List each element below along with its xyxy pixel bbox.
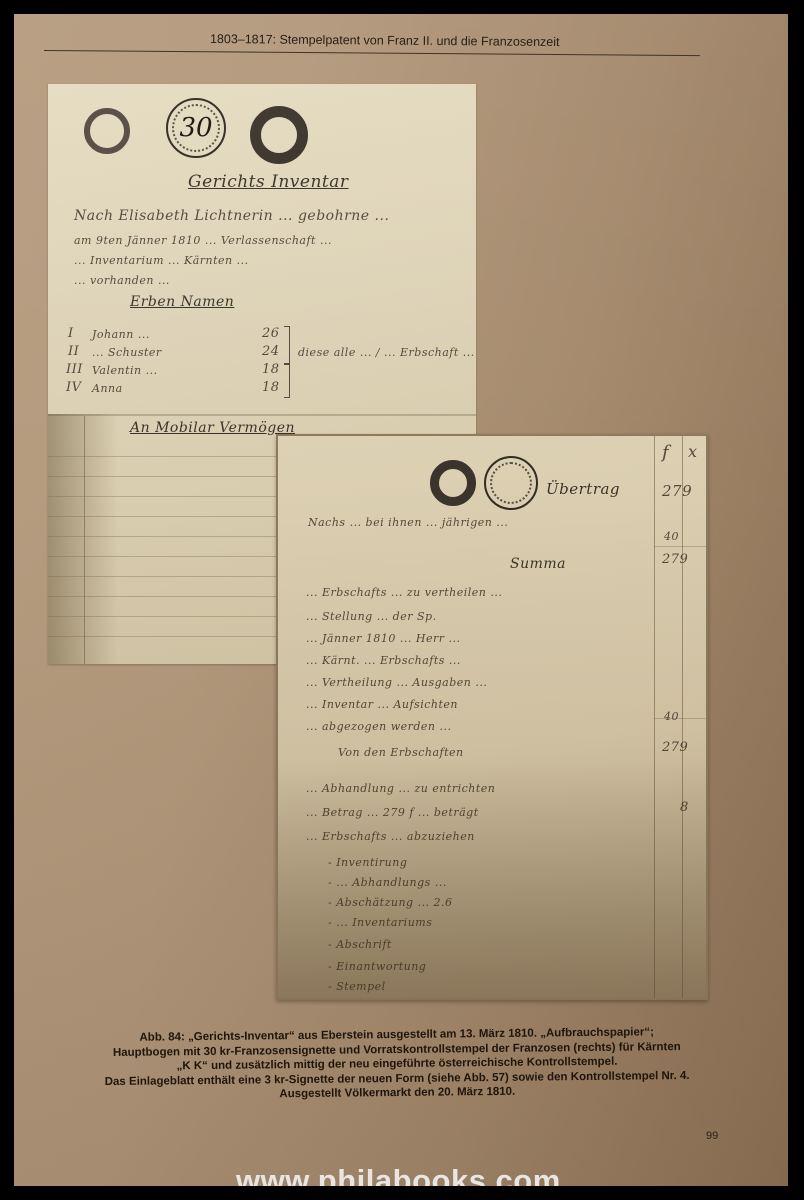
watermark-text: www.philabooks.com [236, 1163, 561, 1186]
insert-document-photo: f x Übertrag 279 Nachs ... bei ihnen ...… [276, 434, 708, 1000]
heirs-note: diese alle ... / ... Erbschaft ... [298, 346, 475, 359]
heirs-heading: Erben Namen [130, 294, 234, 310]
margin-line [84, 416, 85, 664]
heir-name: ... Schuster [92, 346, 162, 359]
text-line: ... abgezogen werden ... [306, 720, 452, 733]
text-line: ... Vertheilung ... Ausgaben ... [306, 676, 487, 689]
figure-caption: Abb. 84: „Gerichts-Inventar“ aus Eberste… [54, 1024, 741, 1104]
page-number: 99 [706, 1130, 718, 1142]
intro-line: Nach Elisabeth Lichtnerin ... gebohrne .… [74, 208, 389, 224]
intro-line: ... Inventarium ... Kärnten ... [74, 254, 249, 267]
header-rule [44, 50, 700, 56]
text-line: ... Inventar ... Aufsichten [306, 698, 458, 711]
heirs-bracket [284, 364, 290, 398]
text-line: Nachs ... bei ihnen ... jährigen ... [308, 516, 508, 529]
heir-numeral: II [68, 344, 79, 359]
section-heading: Von den Erbschaften [338, 746, 464, 759]
heir-numeral: I [68, 326, 74, 341]
text-line: ... Stellung ... der Sp. [306, 610, 437, 623]
running-head: 1803–1817: Stempelpatent von Franz II. u… [210, 32, 560, 49]
amount: 279 [662, 482, 692, 500]
signet-value: 30 [179, 113, 212, 143]
signet-30kr-stamp-icon: 30 [166, 98, 226, 158]
heir-name: Anna [92, 382, 123, 395]
bottom-border [0, 1186, 804, 1200]
amount: 40 [664, 710, 679, 723]
text-line: - Einantwortung [328, 960, 426, 973]
amount: 279 [662, 740, 688, 755]
column-header: x [688, 442, 698, 461]
intro-line: ... vorhanden ... [74, 274, 170, 287]
text-line: ... Erbschafts ... zu vertheilen ... [306, 586, 502, 599]
heir-numeral: III [66, 362, 83, 377]
text-line: - Stempel [328, 980, 386, 993]
heir-name: Valentin ... [92, 364, 158, 377]
book-page: 1803–1817: Stempelpatent von Franz II. u… [14, 14, 788, 1186]
text-line: ... Erbschafts ... abzuziehen [306, 830, 475, 843]
heir-age: 18 [262, 362, 280, 377]
heir-age: 26 [262, 326, 280, 341]
carry-heading: Übertrag [546, 480, 620, 498]
document-title: Gerichts Inventar [188, 172, 349, 192]
amount: 279 [662, 552, 688, 567]
summa-heading: Summa [510, 556, 566, 572]
text-line: - ... Inventariums [328, 916, 432, 929]
amount: 8 [680, 800, 689, 815]
intro-line: am 9ten Jänner 1810 ... Verlassenschaft … [74, 234, 332, 247]
heir-age: 24 [262, 344, 280, 359]
text-line: - ... Abhandlungs ... [328, 876, 447, 889]
text-line: ... Betrag ... 279 f ... beträgt [306, 806, 479, 819]
heirs-bracket [284, 326, 290, 364]
control-stamp-icon [430, 460, 476, 506]
heir-name: Johann ... [92, 328, 150, 341]
text-line: ... Kärnt. ... Erbschafts ... [306, 654, 461, 667]
amount: 40 [664, 530, 679, 543]
control-stamp-icon [250, 106, 308, 164]
column-header: f [662, 442, 669, 463]
text-line: ... Jänner 1810 ... Herr ... [306, 632, 460, 645]
section-heading: An Mobilar Vermögen [130, 420, 295, 436]
text-line: - Abschrift [328, 938, 392, 951]
signet-3kr-stamp-icon [484, 456, 538, 510]
text-line: - Inventirung [328, 856, 407, 869]
text-line: ... Abhandlung ... zu entrichten [306, 782, 495, 795]
plain-ring-stamp-icon [84, 108, 130, 154]
text-line: - Abschätzung ... 2.6 [328, 896, 453, 909]
heir-numeral: IV [66, 380, 82, 395]
heir-age: 18 [262, 380, 280, 395]
